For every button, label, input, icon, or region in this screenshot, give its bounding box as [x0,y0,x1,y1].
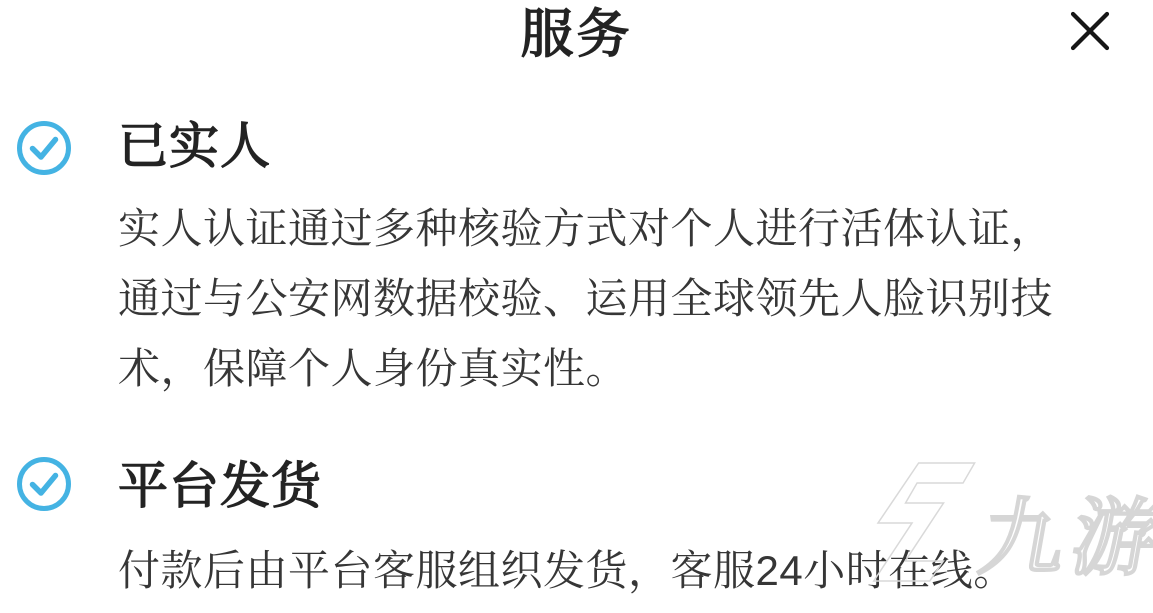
body-line: 通过与公安网数据校验、运用全球领先人脸识别技 [118,264,1053,334]
dialog-title: 服务 [0,4,1153,66]
section-heading-real-person: 已实人 [118,117,271,175]
close-button[interactable] [1066,7,1114,55]
section-body-platform-shipping: 付款后由平台客服组织发货，客服24小时在线。 [118,536,1016,606]
body-line: 付款后由平台客服组织发货，客服24小时在线。 [118,536,1016,606]
check-circle-icon [16,456,72,512]
section-heading-platform-shipping: 平台发货 [118,457,322,515]
body-line: 实人认证通过多种核验方式对个人进行活体认证， [118,194,1053,264]
close-icon [1068,9,1112,53]
check-circle-icon [16,120,72,176]
section-body-real-person: 实人认证通过多种核验方式对个人进行活体认证， 通过与公安网数据校验、运用全球领先… [118,194,1053,404]
body-line: 术，保障个人身份真实性。 [118,334,1053,404]
service-dialog: 服务 已实人 实人认证通过多种核验方式对个人进行活体认证， 通过与公安网数据校验… [0,0,1153,613]
